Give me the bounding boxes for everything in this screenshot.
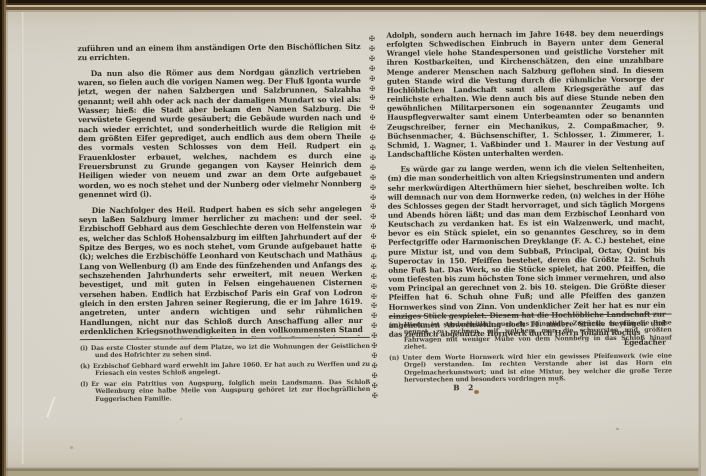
footnote-text: Unter dem Worte Hornwerk wird hier ein g…	[402, 352, 672, 383]
footnote: (k)Erzbischof Gebhard ward erwehlt im Ja…	[80, 361, 370, 378]
foxing-spot	[616, 428, 619, 430]
paragraph: Adolph, sondern auch hernach im Jahre 16…	[386, 29, 664, 159]
right-footnote-block: (m)Hierzu ist sonderheitlich auch das kü…	[389, 314, 673, 388]
left-footnote-block: (i)Das erste Closter stunde auf dem Plat…	[80, 337, 371, 406]
footnote-text: Erzbischof Gebhard ward erwehlt im Jahre…	[93, 361, 370, 378]
paragraph: zuführen und an einem ihm anständigen Or…	[77, 42, 360, 63]
paragraph: Die Nachfolger des Heil. Rudpert haben e…	[79, 203, 363, 338]
footnote: (m)Hierzu ist sonderheitlich auch das kü…	[389, 319, 672, 351]
paragraph: Es würde gar zu lange werden, wenn ich d…	[387, 163, 665, 339]
signature-mark: B 2	[453, 383, 476, 392]
printed-area: zuführen und an einem ihm anständigen Or…	[0, 0, 706, 476]
page-edge-bottom	[0, 464, 706, 476]
footnote-mark: (l)	[80, 381, 88, 388]
paragraph: Da nun also die Römer aus dem Nordgau gä…	[78, 67, 362, 200]
footnote: (l)Er war ein Patritius von Augspurg, fo…	[80, 379, 370, 404]
footnote-mark: (m)	[389, 322, 401, 329]
foxing-spot	[474, 390, 479, 394]
footnote-text: Das erste Closter stunde auf dem Platze,…	[91, 343, 370, 360]
footnote-mark: (k)	[80, 363, 90, 370]
footnote: (i)Das erste Closter stunde auf dem Plat…	[80, 343, 370, 360]
footnote-text: Er war ein Patritius von Augspurg, folgl…	[91, 379, 370, 403]
footnote-mark: (n)	[389, 354, 399, 361]
foxing-spot	[556, 382, 558, 384]
page-edge-right	[697, 0, 706, 476]
footnote: (n)Unter dem Worte Hornwerk wird hier ei…	[389, 352, 672, 384]
book-scan-page: zuführen und an einem ihm anständigen Or…	[0, 0, 706, 476]
foxing-spot	[70, 446, 73, 449]
footnote-text: Hierzu ist sonderheitlich auch das künst…	[404, 319, 672, 350]
right-text-column: Adolph, sondern auch hernach im Jahre 16…	[386, 29, 665, 349]
page-edge-left	[0, 0, 8, 476]
left-text-column: zuführen und an einem ihm anständigen Or…	[77, 42, 362, 338]
foxing-spot	[180, 418, 182, 420]
footnote-mark: (i)	[80, 345, 88, 352]
page-edge-top	[0, 0, 706, 12]
